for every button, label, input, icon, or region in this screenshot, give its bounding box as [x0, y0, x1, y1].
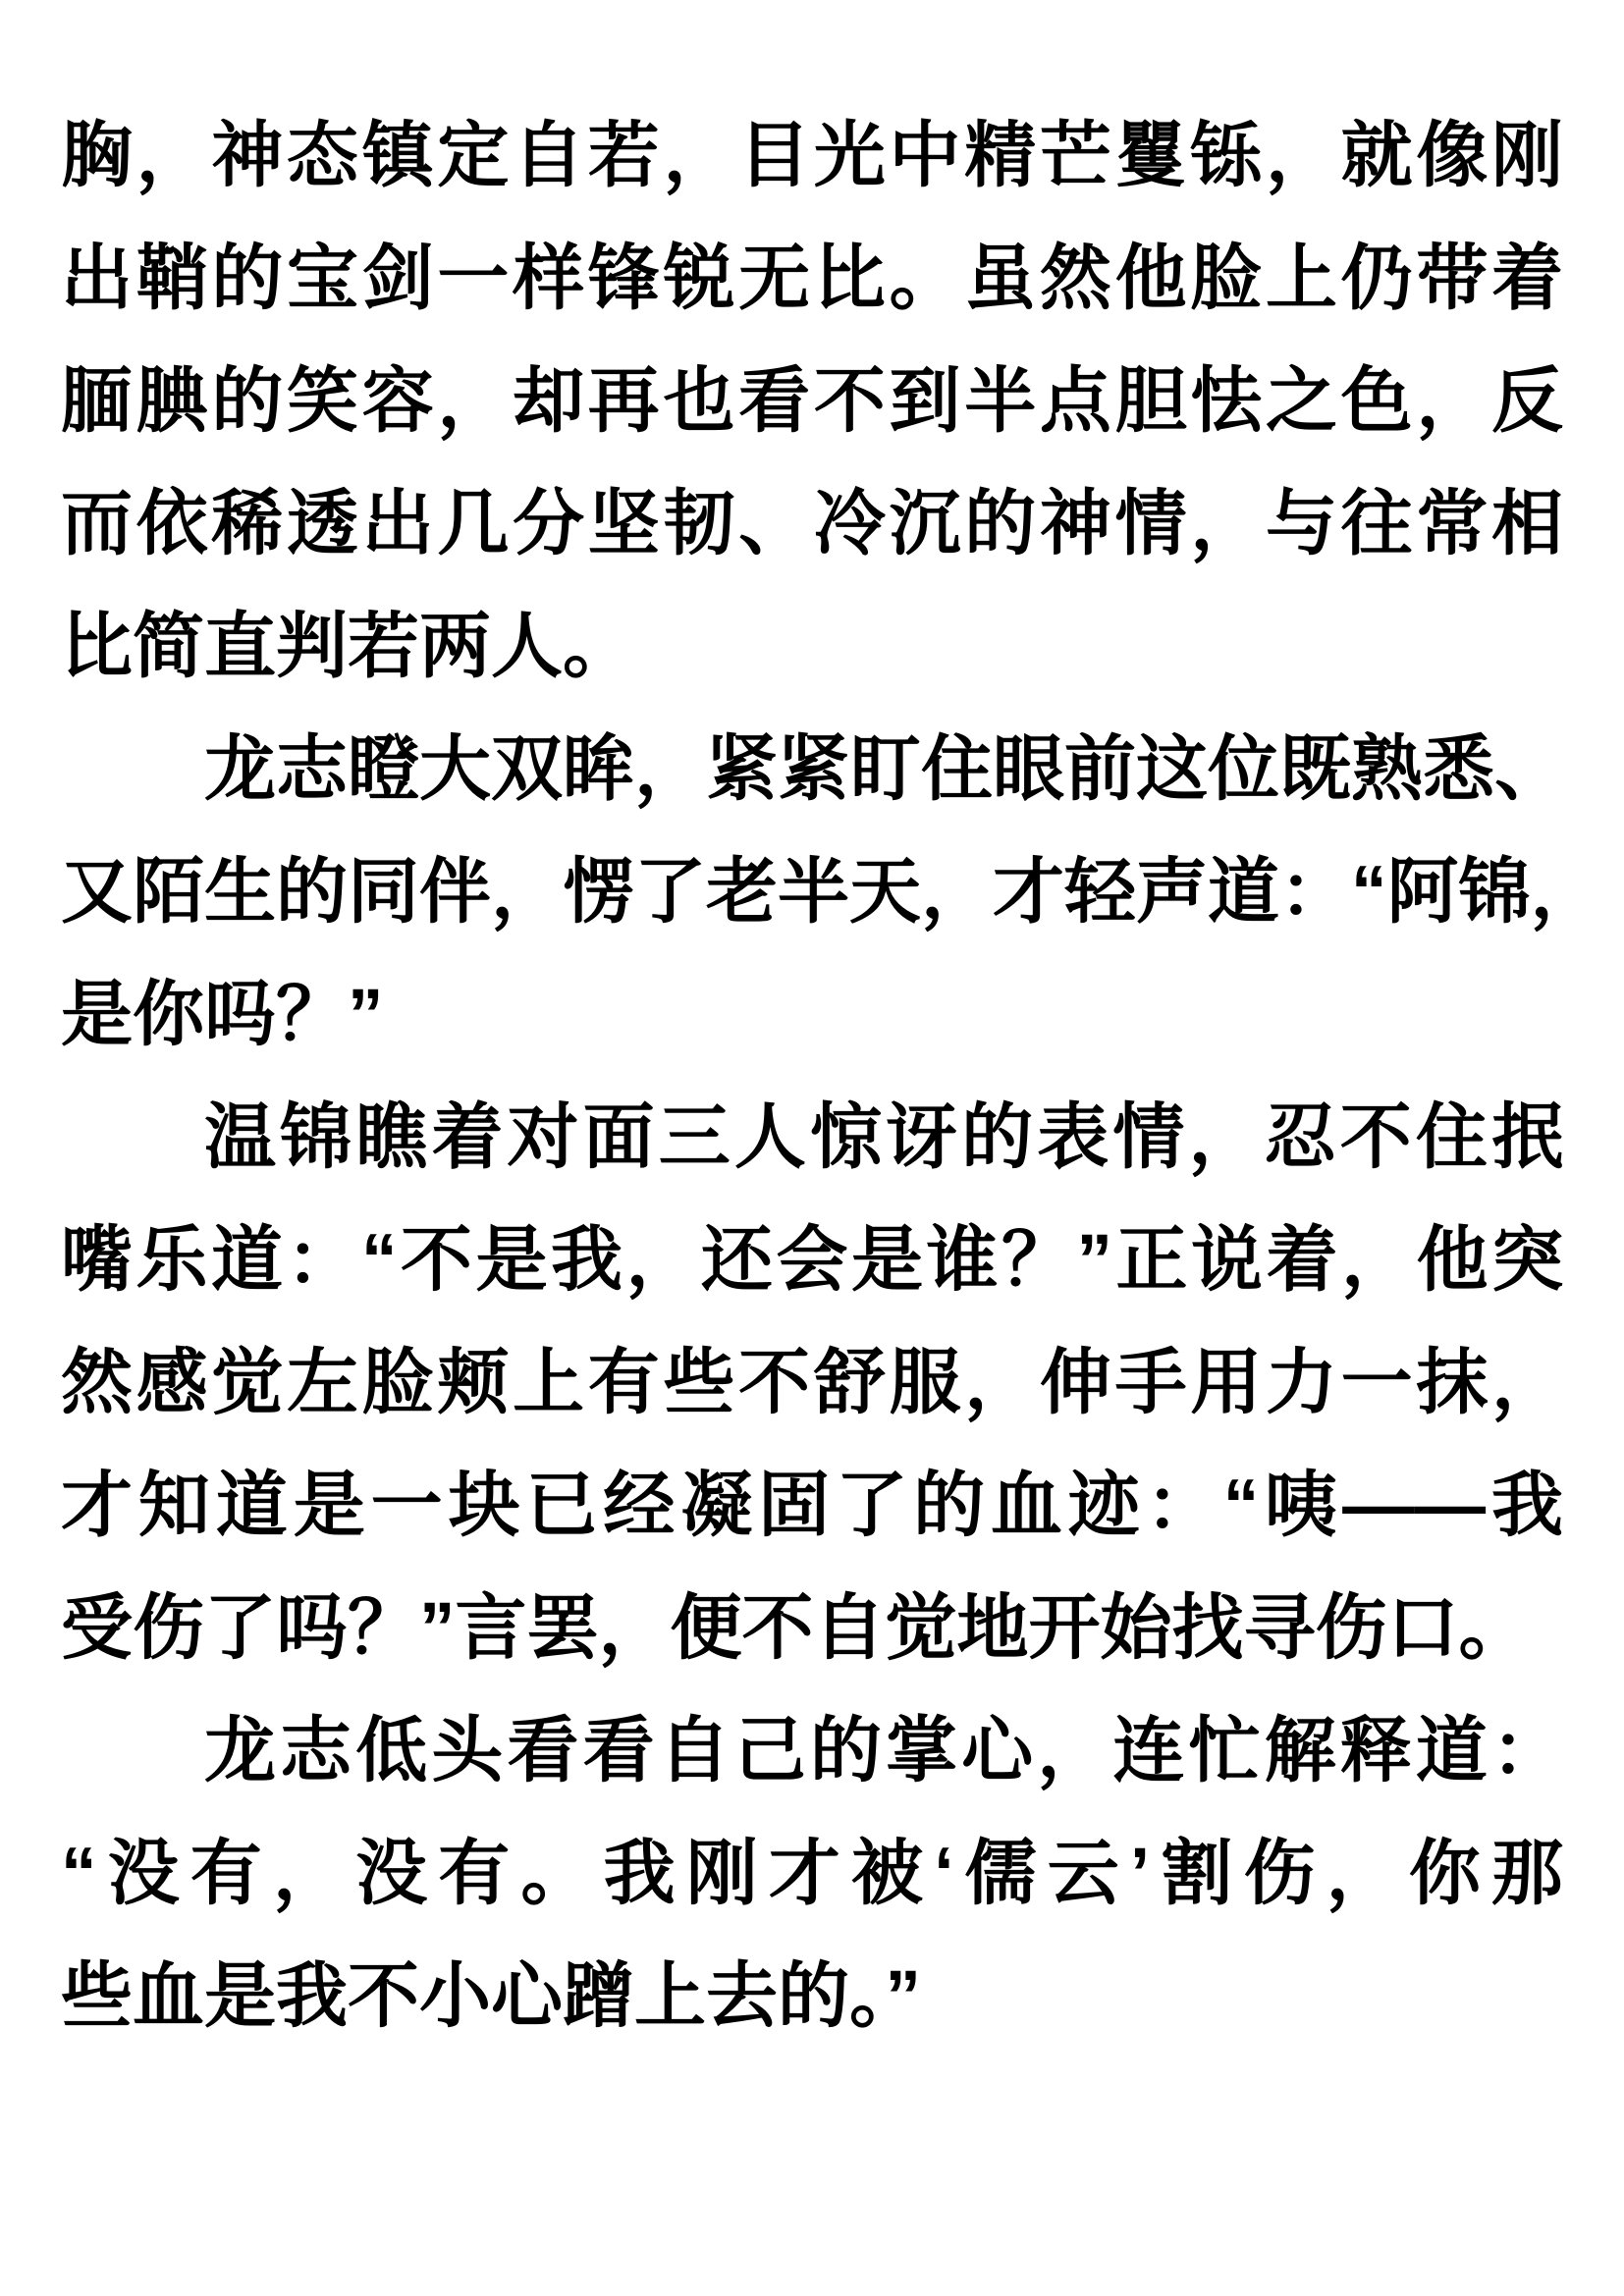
text-line: “没有，没有。我刚才被‘儒云’割伤，你那 [61, 1812, 1563, 1935]
text-line: 腼腆的笑容，却再也看不到半点胆怯之色，反 [61, 340, 1563, 462]
paragraph: 龙志低头看看自己的掌心，连忙解释道：“没有，没有。我刚才被‘儒云’割伤，你那些血… [61, 1689, 1563, 2057]
document-page: 胸，神态镇定自若，目光中精芒矍铄，就像刚出鞘的宝剑一样锋锐无比。虽然他脸上仍带着… [0, 0, 1624, 2296]
text-line: 龙志瞪大双眸，紧紧盯住眼前这位既熟悉、 [61, 708, 1563, 830]
paragraph: 胸，神态镇定自若，目光中精芒矍铄，就像刚出鞘的宝剑一样锋锐无比。虽然他脸上仍带着… [61, 94, 1563, 708]
text-line: 温锦瞧着对面三人惊讶的表情，忍不住抿 [61, 1076, 1563, 1199]
text-line: 受伤了吗？”言罢，便不自觉地开始找寻伤口。 [61, 1567, 1563, 1689]
paragraph: 温锦瞧着对面三人惊讶的表情，忍不住抿嘴乐道：“不是我，还会是谁？”正说着，他突然… [61, 1076, 1563, 1689]
paragraph: 龙志瞪大双眸，紧紧盯住眼前这位既熟悉、又陌生的同伴，愣了老半天，才轻声道：“阿锦… [61, 708, 1563, 1076]
text-line: 出鞘的宝剑一样锋锐无比。虽然他脸上仍带着 [61, 217, 1563, 340]
text-block: 胸，神态镇定自若，目光中精芒矍铄，就像刚出鞘的宝剑一样锋锐无比。虽然他脸上仍带着… [61, 94, 1563, 2057]
text-line: 是你吗？” [61, 953, 1563, 1076]
text-line: 胸，神态镇定自若，目光中精芒矍铄，就像刚 [61, 94, 1563, 217]
text-line: 比简直判若两人。 [61, 585, 1563, 708]
text-line: 龙志低头看看自己的掌心，连忙解释道： [61, 1689, 1563, 1812]
text-line: 些血是我不小心蹭上去的。” [61, 1935, 1563, 2057]
text-line: 又陌生的同伴，愣了老半天，才轻声道：“阿锦， [61, 830, 1563, 953]
text-line: 才知道是一块已经凝固了的血迹：“咦——我 [61, 1444, 1563, 1567]
text-line: 嘴乐道：“不是我，还会是谁？”正说着，他突 [61, 1199, 1563, 1321]
text-line: 而依稀透出几分坚韧、冷沉的神情，与往常相 [61, 462, 1563, 585]
text-line: 然感觉左脸颊上有些不舒服，伸手用力一抹， [61, 1321, 1563, 1444]
